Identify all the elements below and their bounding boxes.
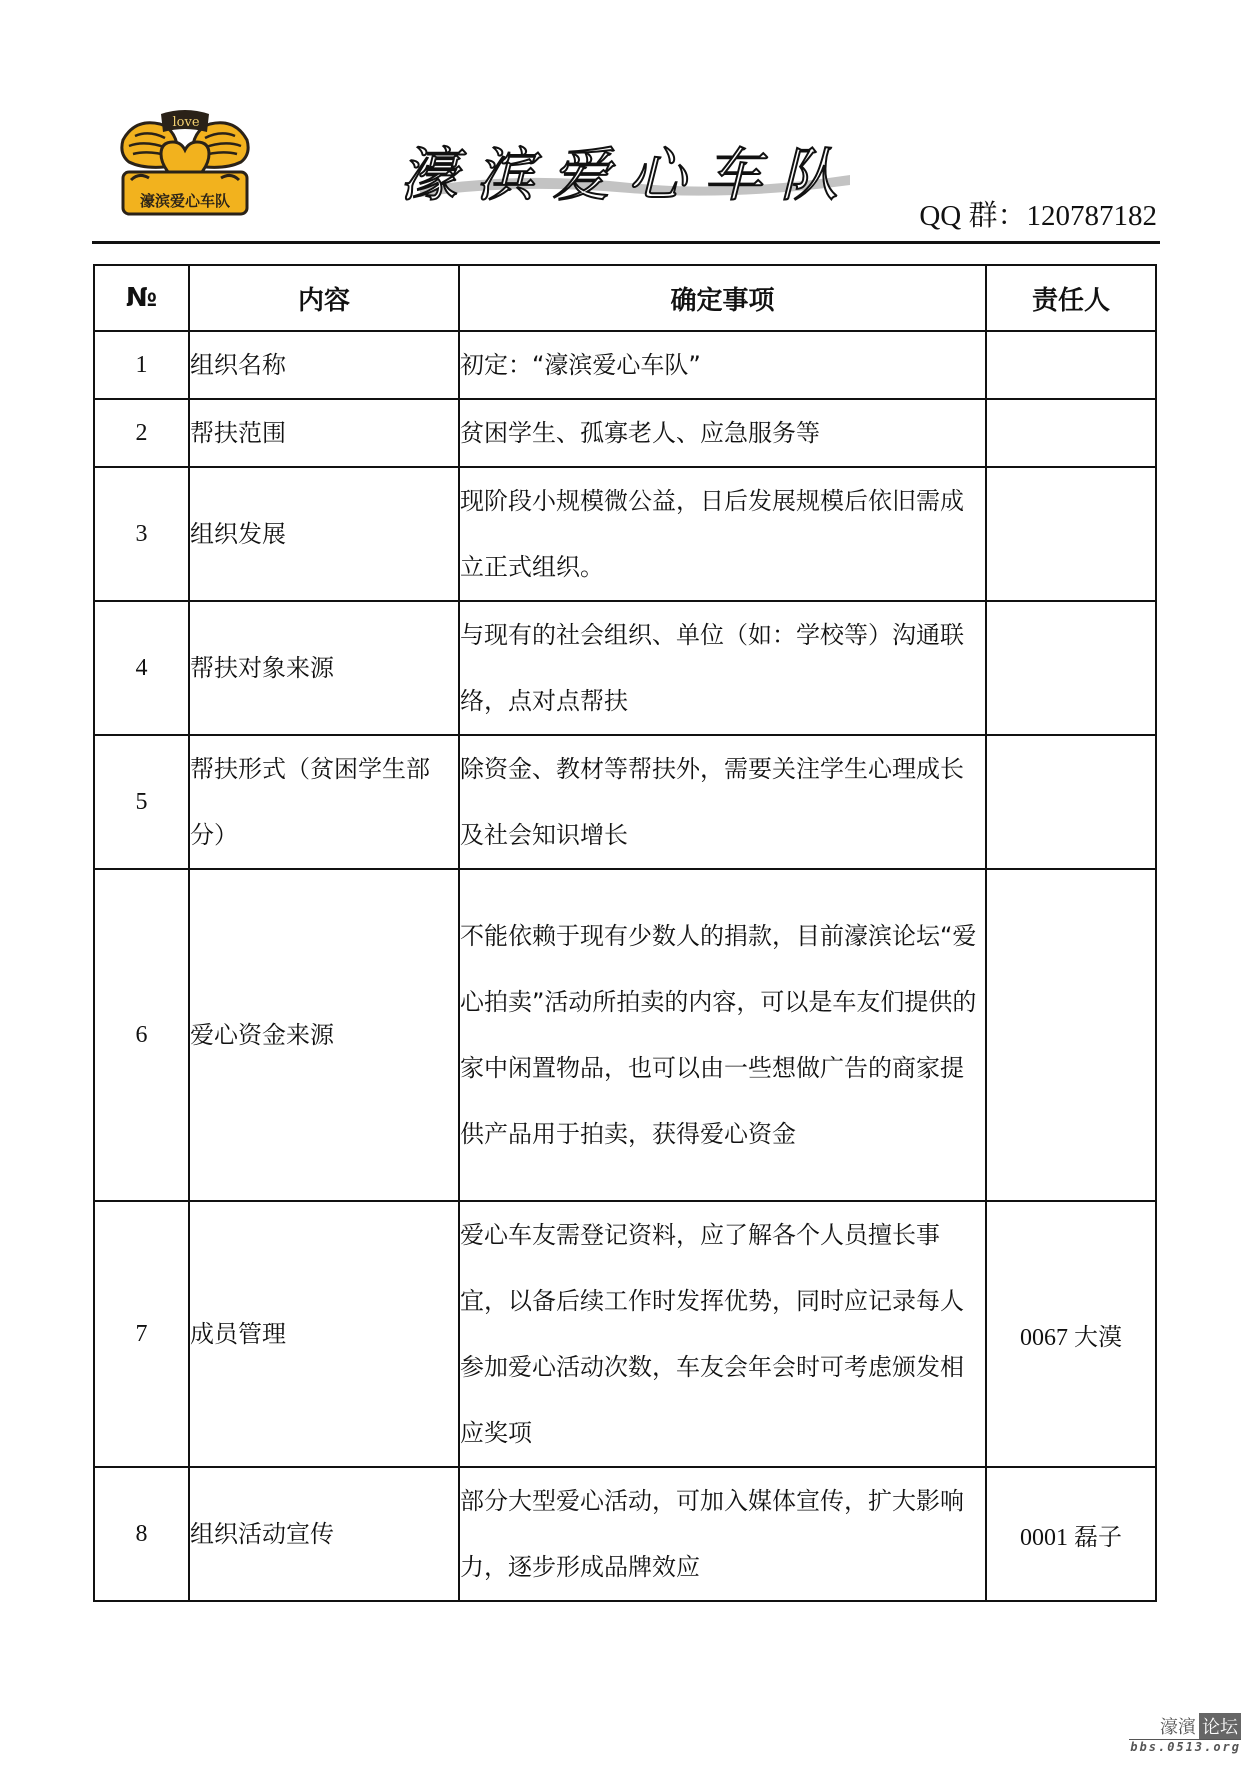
table-row: 2 帮扶范围 贫困学生、孤寡老人、应急服务等: [94, 399, 1156, 467]
forum-watermark: 濠濱 论坛 bbs.0513.org: [1129, 1713, 1241, 1754]
row-owner: [986, 399, 1156, 467]
table-header-row: № 内容 确定事项 责任人: [94, 265, 1156, 331]
row-matter: 除资金、教材等帮扶外，需要关注学生心理成长及社会知识增长: [459, 735, 986, 869]
header-divider: [92, 241, 1160, 244]
watermark-name: 濠濱: [1160, 1713, 1199, 1739]
row-number: 3: [94, 467, 189, 601]
row-content: 组织活动宣传: [189, 1467, 459, 1601]
row-owner: [986, 467, 1156, 601]
page-title: 濠滨爱心车队: [400, 135, 860, 215]
row-number: 8: [94, 1467, 189, 1601]
logo: love 濠滨爱心车队: [115, 110, 255, 218]
row-content: 爱心资金来源: [189, 869, 459, 1201]
table-row: 4 帮扶对象来源 与现有的社会组织、单位（如：学校等）沟通联络，点对点帮扶: [94, 601, 1156, 735]
decisions-table: № 内容 确定事项 责任人 1 组织名称 初定：“濠滨爱心车队” 2 帮扶范围 …: [93, 264, 1157, 1602]
row-number: 4: [94, 601, 189, 735]
table-row: 6 爱心资金来源 不能依赖于现有少数人的捐款，目前濠滨论坛“爱心拍卖”活动所拍卖…: [94, 869, 1156, 1201]
logo-caption: 濠滨爱心车队: [125, 190, 245, 211]
row-matter: 现阶段小规模微公益，日后发展规模后依旧需成立正式组织。: [459, 467, 986, 601]
watermark-url: bbs.0513.org: [1129, 1740, 1241, 1754]
row-content: 成员管理: [189, 1201, 459, 1467]
row-number: 5: [94, 735, 189, 869]
row-content: 组织发展: [189, 467, 459, 601]
qq-group-number: QQ 群：120787182: [919, 193, 1157, 234]
row-number: 2: [94, 399, 189, 467]
row-content: 组织名称: [189, 331, 459, 399]
row-content: 帮扶对象来源: [189, 601, 459, 735]
row-owner: [986, 735, 1156, 869]
logo-love-text: love: [169, 115, 203, 130]
title-art: 濠滨爱心车队: [400, 135, 860, 215]
row-matter: 初定：“濠滨爱心车队”: [459, 331, 986, 399]
row-matter: 爱心车友需登记资料，应了解各个人员擅长事宜，以备后续工作时发挥优势，同时应记录每…: [459, 1201, 986, 1467]
header-matter: 确定事项: [459, 265, 986, 331]
row-matter: 部分大型爱心活动，可加入媒体宣传，扩大影响力，逐步形成品牌效应: [459, 1467, 986, 1601]
row-owner: [986, 331, 1156, 399]
table-row: 3 组织发展 现阶段小规模微公益，日后发展规模后依旧需成立正式组织。: [94, 467, 1156, 601]
row-owner: [986, 601, 1156, 735]
row-owner: 0001 磊子: [986, 1467, 1156, 1601]
table-row: 5 帮扶形式（贫困学生部分） 除资金、教材等帮扶外，需要关注学生心理成长及社会知…: [94, 735, 1156, 869]
watermark-forum-label: 论坛: [1199, 1713, 1241, 1739]
row-content: 帮扶范围: [189, 399, 459, 467]
row-matter: 不能依赖于现有少数人的捐款，目前濠滨论坛“爱心拍卖”活动所拍卖的内容，可以是车友…: [459, 869, 986, 1201]
header-content: 内容: [189, 265, 459, 331]
row-number: 6: [94, 869, 189, 1201]
row-number: 1: [94, 331, 189, 399]
table-row: 1 组织名称 初定：“濠滨爱心车队”: [94, 331, 1156, 399]
row-matter: 贫困学生、孤寡老人、应急服务等: [459, 399, 986, 467]
table-row: 8 组织活动宣传 部分大型爱心活动，可加入媒体宣传，扩大影响力，逐步形成品牌效应…: [94, 1467, 1156, 1601]
header-owner: 责任人: [986, 265, 1156, 331]
row-matter: 与现有的社会组织、单位（如：学校等）沟通联络，点对点帮扶: [459, 601, 986, 735]
header-no: №: [94, 265, 189, 331]
table-row: 7 成员管理 爱心车友需登记资料，应了解各个人员擅长事宜，以备后续工作时发挥优势…: [94, 1201, 1156, 1467]
row-number: 7: [94, 1201, 189, 1467]
row-content: 帮扶形式（贫困学生部分）: [189, 735, 459, 869]
watermark-logo: 濠濱 论坛: [1129, 1713, 1241, 1740]
row-owner: [986, 869, 1156, 1201]
row-owner: 0067 大漠: [986, 1201, 1156, 1467]
